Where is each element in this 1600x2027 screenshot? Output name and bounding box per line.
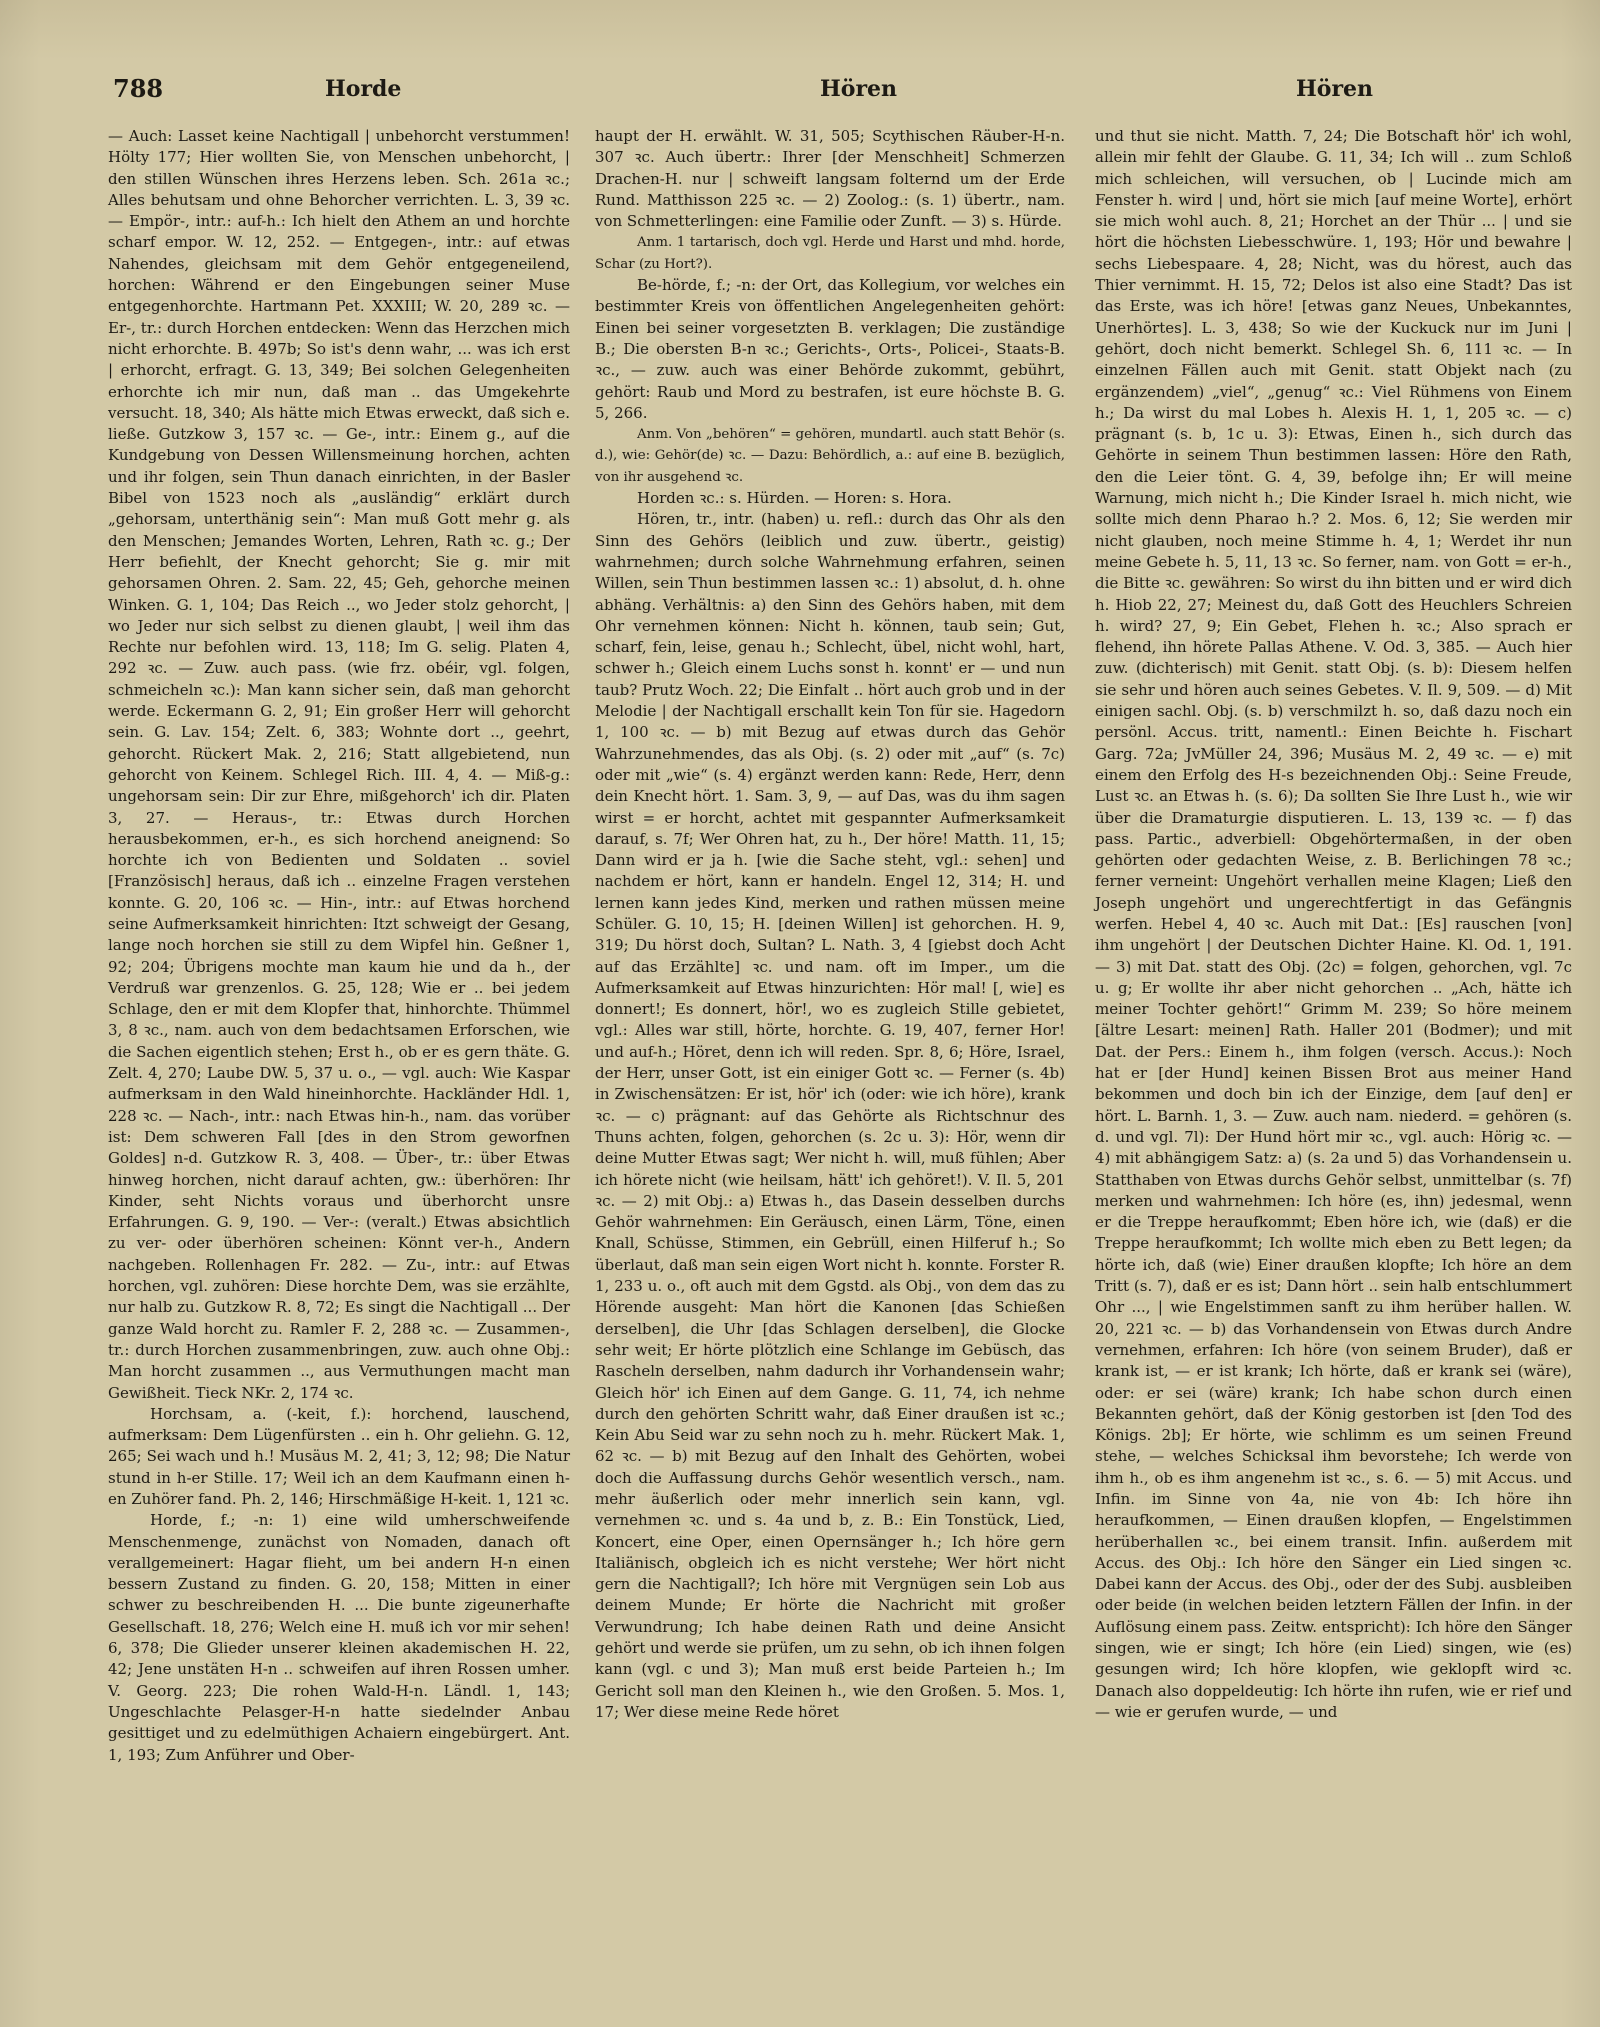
entry-horchsam: Horchsam, a. (-keit, f.): horchend, laus… xyxy=(108,1404,570,1510)
column-2: haupt der H. erwählt. W. 31, 505; Scythi… xyxy=(595,126,1065,1866)
page-header: 788 Horde Hören Hören xyxy=(113,74,1552,114)
entry-horchen-compounds: — Auch: Lasset keine Nachtigall | unbeho… xyxy=(108,126,570,1404)
running-head-left: Horde xyxy=(325,76,401,102)
note-behoerde-etymology: Anm. Von „behören“ = gehören, mundartl. … xyxy=(595,424,1065,488)
entry-hoeren-continued: und thut sie nicht. Matth. 7, 24; Die Bo… xyxy=(1095,126,1572,1723)
running-head-right: Hören xyxy=(1296,76,1373,102)
entry-behoerde: Be-hörde, f.; -n: der Ort, das Kollegium… xyxy=(595,275,1065,424)
entry-horden-cross-reference: Horden ꝛc.: s. Hürden. — Horen: s. Hora. xyxy=(595,488,1065,509)
page-number: 788 xyxy=(113,74,163,103)
column-3: und thut sie nicht. Matth. 7, 24; Die Bo… xyxy=(1095,126,1572,1866)
column-1: — Auch: Lasset keine Nachtigall | unbeho… xyxy=(108,126,570,1866)
note-horde-etymology: Anm. 1 tartarisch, doch vgl. Herde und H… xyxy=(595,232,1065,275)
dictionary-columns: — Auch: Lasset keine Nachtigall | unbeho… xyxy=(108,126,1572,1866)
running-head-middle: Hören xyxy=(820,76,897,102)
entry-horde-continued: haupt der H. erwählt. W. 31, 505; Scythi… xyxy=(595,126,1065,232)
entry-hoeren: Hören, tr., intr. (haben) u. refl.: durc… xyxy=(595,509,1065,1723)
entry-horde: Horde, f.; -n: 1) eine wild umherschweif… xyxy=(108,1510,570,1766)
